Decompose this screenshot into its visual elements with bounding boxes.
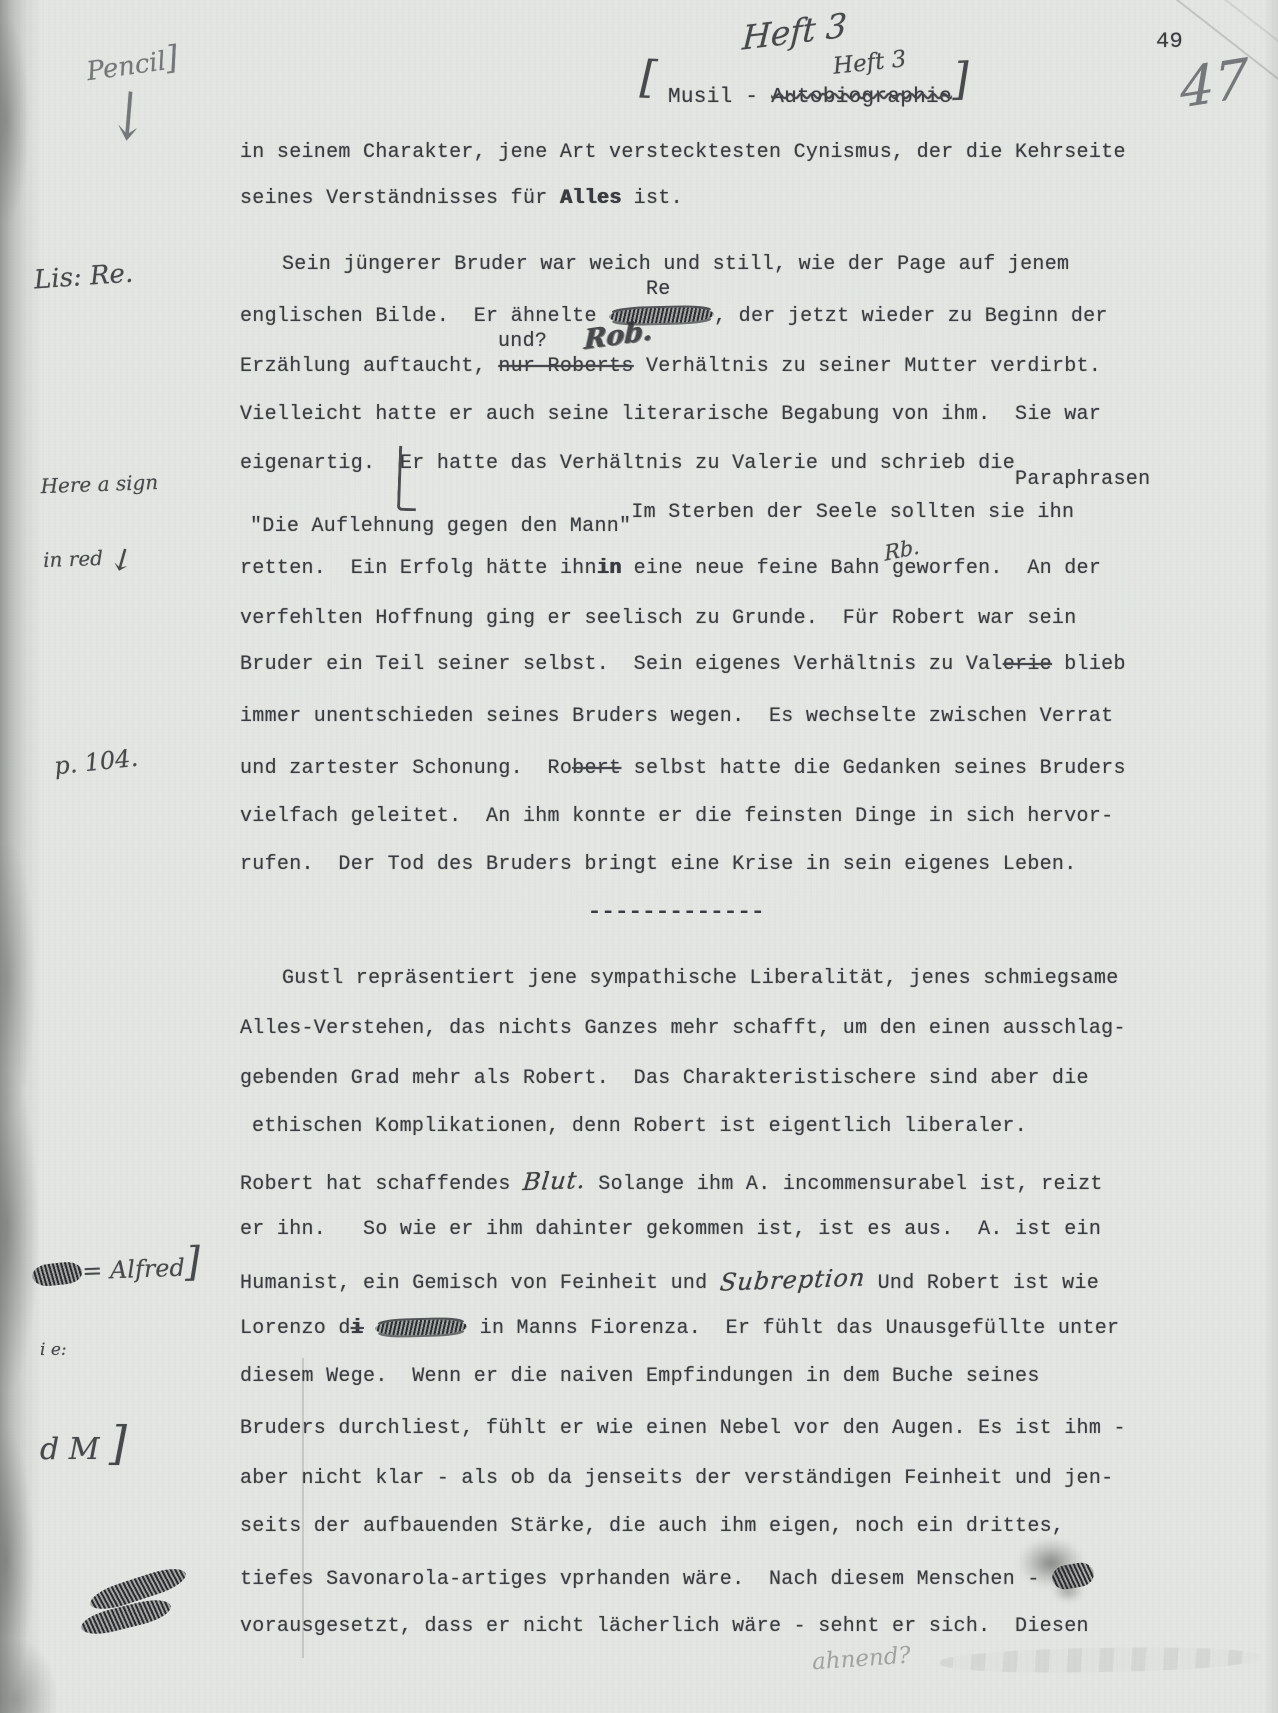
typed-hw-segment: Subreption [718, 1263, 866, 1296]
margin-note-ie-dm: i e: d M ] [40, 1284, 127, 1526]
typed-insert-und: und? [498, 330, 547, 354]
typed-line: immer unentschieden seines Bruders wegen… [240, 704, 1113, 730]
typed-line: Robert hat schaffendes Blut. Solange ihm… [240, 1167, 1103, 1198]
margin-note-page-ref: p. 104. [53, 744, 140, 781]
typed-line: vorausgesetzt, dass er nicht lächerlich … [240, 1614, 1089, 1640]
page-number-typed: 49 [1156, 30, 1183, 54]
typed-line: Vielleicht hatte er auch seine literaris… [240, 402, 1101, 428]
typed-text: selbst hatte die Gedanken seines Bruders [621, 757, 1125, 780]
typed-text: seines Verständnisses für [240, 187, 560, 210]
typed-text: Gustl repräsentiert jene sympathische Li… [282, 967, 1119, 990]
typed-line: seits der aufbauenden Stärke, die auch i… [240, 1514, 1064, 1540]
typed-text: Erzählung auftaucht, [240, 355, 498, 378]
typed-line: diesem Wege. Wenn er die naiven Empfindu… [240, 1364, 1040, 1390]
typed-text: Bruders durchliest, fühlt er wie einen N… [240, 1417, 1126, 1440]
a-equals-text: = Alfred [82, 1254, 186, 1286]
typed-text: ist. [621, 187, 683, 210]
typed-line: tiefes Savonarola-artiges vprhanden wäre… [240, 1564, 1094, 1593]
typed-text: Humanist, ein Gemisch von Feinheit und [240, 1272, 720, 1295]
typed-line: Bruder ein Teil seiner selbst. Sein eige… [240, 652, 1126, 678]
typed-text: , der jetzt wieder zu Beginn der [714, 305, 1108, 328]
here-sign-text: in red [43, 546, 104, 572]
typed-line: Bruders durchliest, fühlt er wie einen N… [240, 1416, 1126, 1442]
typed-text: immer unentschieden seines Bruders wegen… [240, 705, 1113, 728]
title-line: Musil - Autobiographie [668, 86, 952, 110]
crease-line [1214, 0, 1278, 47]
typed-text [363, 1317, 375, 1340]
here-sign-line2: in red ↓ [43, 542, 162, 581]
typed-hw-segment: Blut. [521, 1166, 587, 1196]
typed-line: und zartester Schonung. Robert selbst ha… [240, 756, 1126, 782]
typed-line: Erzählung auftaucht, nur Roberts Verhält… [240, 354, 1101, 380]
typed-raised-segment: Im Sterben der Seele sollten sie ihn [631, 501, 1074, 524]
typed-line: "Die Auflehnung gegen den Mann"Im Sterbe… [250, 514, 1074, 540]
typed-text: "Die Auflehnung gegen den Mann" [250, 515, 631, 538]
typed-line: seines Verständnisses für Alles ist. [240, 186, 683, 212]
typed-text: Bruder ein Teil seiner selbst. Sein eige… [240, 653, 1003, 676]
typed-text: Solange ihm A. incommensurabel ist, reiz… [586, 1173, 1103, 1196]
title-typed: Musil - [668, 86, 771, 109]
dm-label-row: d M ] [40, 1416, 127, 1470]
typed-text: seits der aufbauenden Stärke, die auch i… [240, 1515, 1064, 1538]
typed-text: Robert hat schaffendes [240, 1173, 523, 1196]
typed-text: vielfach geleitet. An ihm konnte er die … [240, 805, 1113, 828]
typed-line: er ihn. So wie er ihm dahinter gekommen … [240, 1217, 1101, 1243]
typed-sep-segment: ------------- [588, 901, 765, 924]
typed-text: blieb [1052, 653, 1126, 676]
typed-text: Sein jüngerer Bruder war weich und still… [282, 253, 1069, 276]
heft-annotation-top: Heft 3 [741, 5, 848, 57]
faint-pencil-smudge [940, 1645, 1260, 1675]
typed-line: Lorenzo di in Manns Fiorenza. Er fühlt d… [240, 1316, 1119, 1342]
typed-line: aber nicht klar - als ob da jenseits der… [240, 1466, 1113, 1492]
typed-text: englischen Bilde. Er ähnelte [240, 305, 609, 328]
red-sign-arrow-icon: ↓ [105, 540, 139, 581]
dm-bracket: ] [109, 1416, 127, 1470]
typed-text: diesem Wege. Wenn er die naiven Empfindu… [240, 1365, 1040, 1388]
typed-ot-segment: Alles [560, 187, 622, 210]
typed-text: tiefes Savonarola-artiges vprhanden wäre… [240, 1568, 1052, 1591]
here-sign-line1: Here a sign [40, 470, 158, 498]
faint-pencil-note: ahnend? [811, 1643, 911, 1676]
typed-text: vorausgesetzt, dass er nicht lächerlich … [240, 1615, 1089, 1638]
typed-text: in seinem Charakter, jene Art versteckte… [240, 141, 1126, 164]
title-struck: Autobiographie [771, 86, 952, 109]
title-bracket-open: [ [639, 52, 658, 104]
typed-line: Gustl repräsentiert jene sympathische Li… [282, 966, 1119, 992]
a-equals-bracket: ] [184, 1239, 201, 1286]
typed-line: eigenartig. Er hatte das Verhältnis zu V… [240, 451, 1150, 477]
typed-text: eine neue feine Bahn geworfen. An der [621, 557, 1101, 580]
margin-note-here-sign: Here a sign in red ↓ [38, 422, 163, 629]
manuscript-page: Heft 3 [ Musil - Autobiographie Heft 3 ]… [0, 0, 1278, 1713]
typed-line: vielfach geleitet. An ihm konnte er die … [240, 804, 1113, 830]
typed-text: retten. Ein Erfolg hätte ihn [240, 557, 597, 580]
typed-line: verfehlten Hoffnung ging er seelisch zu … [240, 606, 1077, 632]
typed-line: in seinem Charakter, jene Art versteckte… [240, 140, 1126, 166]
typed-text: Vielleicht hatte er auch seine literaris… [240, 403, 1101, 426]
typed-insert-re: Re [646, 278, 671, 302]
handwritten-scribble [1050, 1561, 1096, 1592]
typed-text: Er hatte das Verhältnis zu Valerie und s… [400, 452, 1015, 475]
scribbled-out-word [375, 1319, 467, 1336]
typed-text: er ihn. So wie er ihm dahinter gekommen … [240, 1218, 1101, 1241]
typed-struck-segment: nur Roberts [498, 355, 633, 378]
scribbled-out-word [609, 307, 714, 325]
typed-text: rufen. Der Tod des Bruders bringt eine K… [240, 853, 1077, 876]
fold-line [302, 1358, 304, 1658]
dm-label: d M [40, 1432, 99, 1467]
typed-text: und zartester Schonung. Ro [240, 757, 572, 780]
typed-line: englischen Bilde. Er ähnelte , der jetzt… [240, 304, 1108, 330]
ie-label: i e: [40, 1340, 127, 1360]
typed-text: ethischen Komplikationen, denn Robert is… [252, 1115, 1027, 1138]
typed-text: Lorenzo d [240, 1317, 351, 1340]
typed-struck-segment: bert [572, 757, 621, 780]
typed-text: Alles-Verstehen, das nichts Ganzes mehr … [240, 1017, 1126, 1040]
page-number-handwritten: 47 [1180, 46, 1249, 120]
typed-text: eigenartig. [240, 452, 400, 475]
typed-text: aber nicht klar - als ob da jenseits der… [240, 1467, 1113, 1490]
typed-line: Sein jüngerer Bruder war weich und still… [282, 252, 1069, 278]
heft-correction: Heft 3 [832, 46, 908, 80]
typed-ot-segment: in [597, 557, 622, 580]
typed-line: ------------- [588, 900, 765, 926]
typed-line: retten. Ein Erfolg hätte ihnin eine neue… [240, 556, 1101, 582]
typed-text: gebenden Grad mehr als Robert. Das Chara… [240, 1067, 1089, 1090]
typed-line: rufen. Der Tod des Bruders bringt eine K… [240, 852, 1077, 878]
typed-text: verfehlten Hoffnung ging er seelisch zu … [240, 607, 1077, 630]
typed-line: Alles-Verstehen, das nichts Ganzes mehr … [240, 1016, 1126, 1042]
typed-text: Verhältnis zu seiner Mutter verdirbt. [634, 355, 1101, 378]
title-bracket-close: ] [951, 54, 970, 106]
typed-struck-segment: erie [1003, 653, 1052, 676]
typed-lowered-segment: Paraphrasen [1015, 468, 1150, 491]
typed-text: in Manns Fiorenza. Er fühlt das Unausgef… [467, 1317, 1119, 1340]
pencil-down-arrow-icon: ↓ [107, 76, 150, 159]
typed-line: Humanist, ein Gemisch von Feinheit und S… [240, 1266, 1099, 1297]
typed-ots-segment: i [351, 1317, 363, 1340]
typed-text: Und Robert ist wie [865, 1272, 1099, 1295]
typed-line: ethischen Komplikationen, denn Robert is… [252, 1114, 1027, 1140]
typed-line: gebenden Grad mehr als Robert. Das Chara… [240, 1066, 1089, 1092]
margin-note-lies-re: Lis: Re. [33, 259, 134, 296]
